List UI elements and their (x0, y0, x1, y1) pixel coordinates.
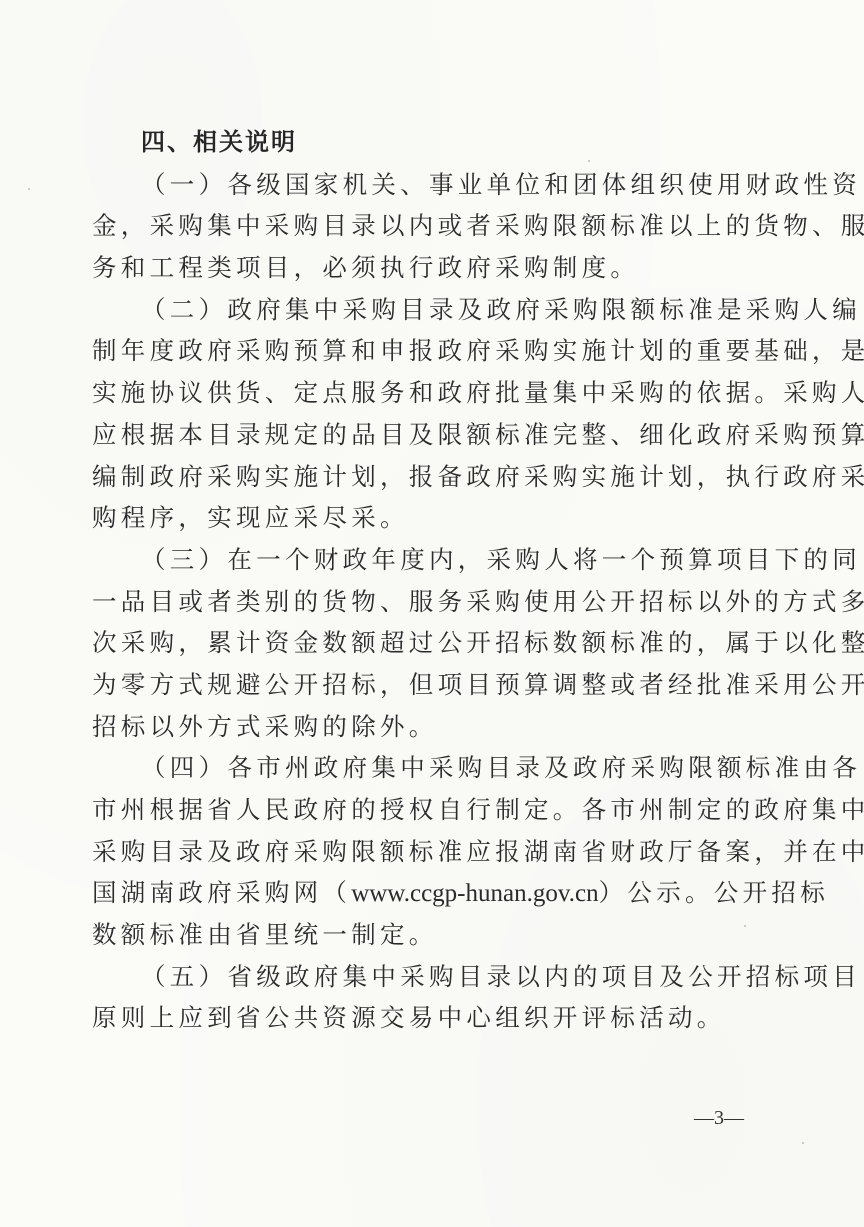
paragraph-line: 实施协议供货、定点服务和政府批量集中采购的依据。采购人 (92, 372, 742, 414)
paragraph-line: 招标以外方式采购的除外。 (92, 706, 742, 748)
paragraph-line: 金，采购集中采购目录以内或者采购限额标准以上的货物、服 (92, 205, 742, 247)
paragraph-3: （三）在一个财政年度内，采购人将一个预算项目下的同 一品目或者类别的货物、服务采… (92, 539, 742, 747)
paragraph-line-with-url: 国湖南政府采购网（www.ccgp-hunan.gov.cn）公示。公开招标 (92, 872, 742, 914)
line-suffix: ）公示。公开招标 (599, 878, 829, 907)
paragraph-line: 务和工程类项目，必须执行政府采购制度。 (92, 247, 742, 289)
paragraph-line: 编制政府采购实施计划，报备政府采购实施计划，执行政府采 (92, 456, 742, 498)
paragraph-line: 次采购，累计资金数额超过公开招标数额标准的，属于以化整 (92, 622, 742, 664)
scan-speck (802, 1142, 804, 1144)
website-url: www.ccgp-hunan.gov.cn (351, 880, 598, 907)
paragraph-1: （一）各级国家机关、事业单位和团体组织使用财政性资 金，采购集中采购目录以内或者… (92, 164, 742, 289)
paragraph-line: 原则上应到省公共资源交易中心组织开评标活动。 (92, 997, 742, 1039)
paragraph-line: （四）各市州政府集中采购目录及政府采购限额标准由各 (92, 747, 742, 789)
document-body: 四、相关说明 （一）各级国家机关、事业单位和团体组织使用财政性资 金，采购集中采… (92, 122, 742, 1039)
paragraph-line: 一品目或者类别的货物、服务采购使用公开招标以外的方式多 (92, 581, 742, 623)
paragraph-2: （二）政府集中采购目录及政府采购限额标准是采购人编 制年度政府采购预算和申报政府… (92, 289, 742, 539)
line-prefix: 国湖南政府采购网（ (92, 878, 351, 907)
paragraph-line: （一）各级国家机关、事业单位和团体组织使用财政性资 (92, 164, 742, 206)
paragraph-line: 为零方式规避公开招标，但项目预算调整或者经批准采用公开 (92, 664, 742, 706)
section-heading: 四、相关说明 (92, 122, 742, 164)
paragraph-line: 制年度政府采购预算和申报政府采购实施计划的重要基础，是 (92, 330, 742, 372)
page-number: —3— (694, 1107, 744, 1130)
paragraph-4: （四）各市州政府集中采购目录及政府采购限额标准由各 市州根据省人民政府的授权自行… (92, 747, 742, 955)
paragraph-line: 购程序，实现应采尽采。 (92, 497, 742, 539)
document-page: 四、相关说明 （一）各级国家机关、事业单位和团体组织使用财政性资 金，采购集中采… (0, 0, 864, 1227)
paragraph-line: 应根据本目录规定的品目及限额标准完整、细化政府采购预算， (92, 414, 742, 456)
paragraph-5: （五）省级政府集中采购目录以内的项目及公开招标项目 原则上应到省公共资源交易中心… (92, 956, 742, 1039)
paragraph-line: （三）在一个财政年度内，采购人将一个预算项目下的同 (92, 539, 742, 581)
paragraph-line: （五）省级政府集中采购目录以内的项目及公开招标项目 (92, 956, 742, 998)
paragraph-line: 市州根据省人民政府的授权自行制定。各市州制定的政府集中 (92, 789, 742, 831)
scan-speck (28, 188, 30, 190)
scan-speck (744, 925, 746, 927)
paragraph-line: 采购目录及政府采购限额标准应报湖南省财政厅备案，并在中 (92, 831, 742, 873)
paragraph-line: （二）政府集中采购目录及政府采购限额标准是采购人编 (92, 289, 742, 331)
scan-speck (588, 160, 590, 162)
paragraph-line: 数额标准由省里统一制定。 (92, 914, 742, 956)
